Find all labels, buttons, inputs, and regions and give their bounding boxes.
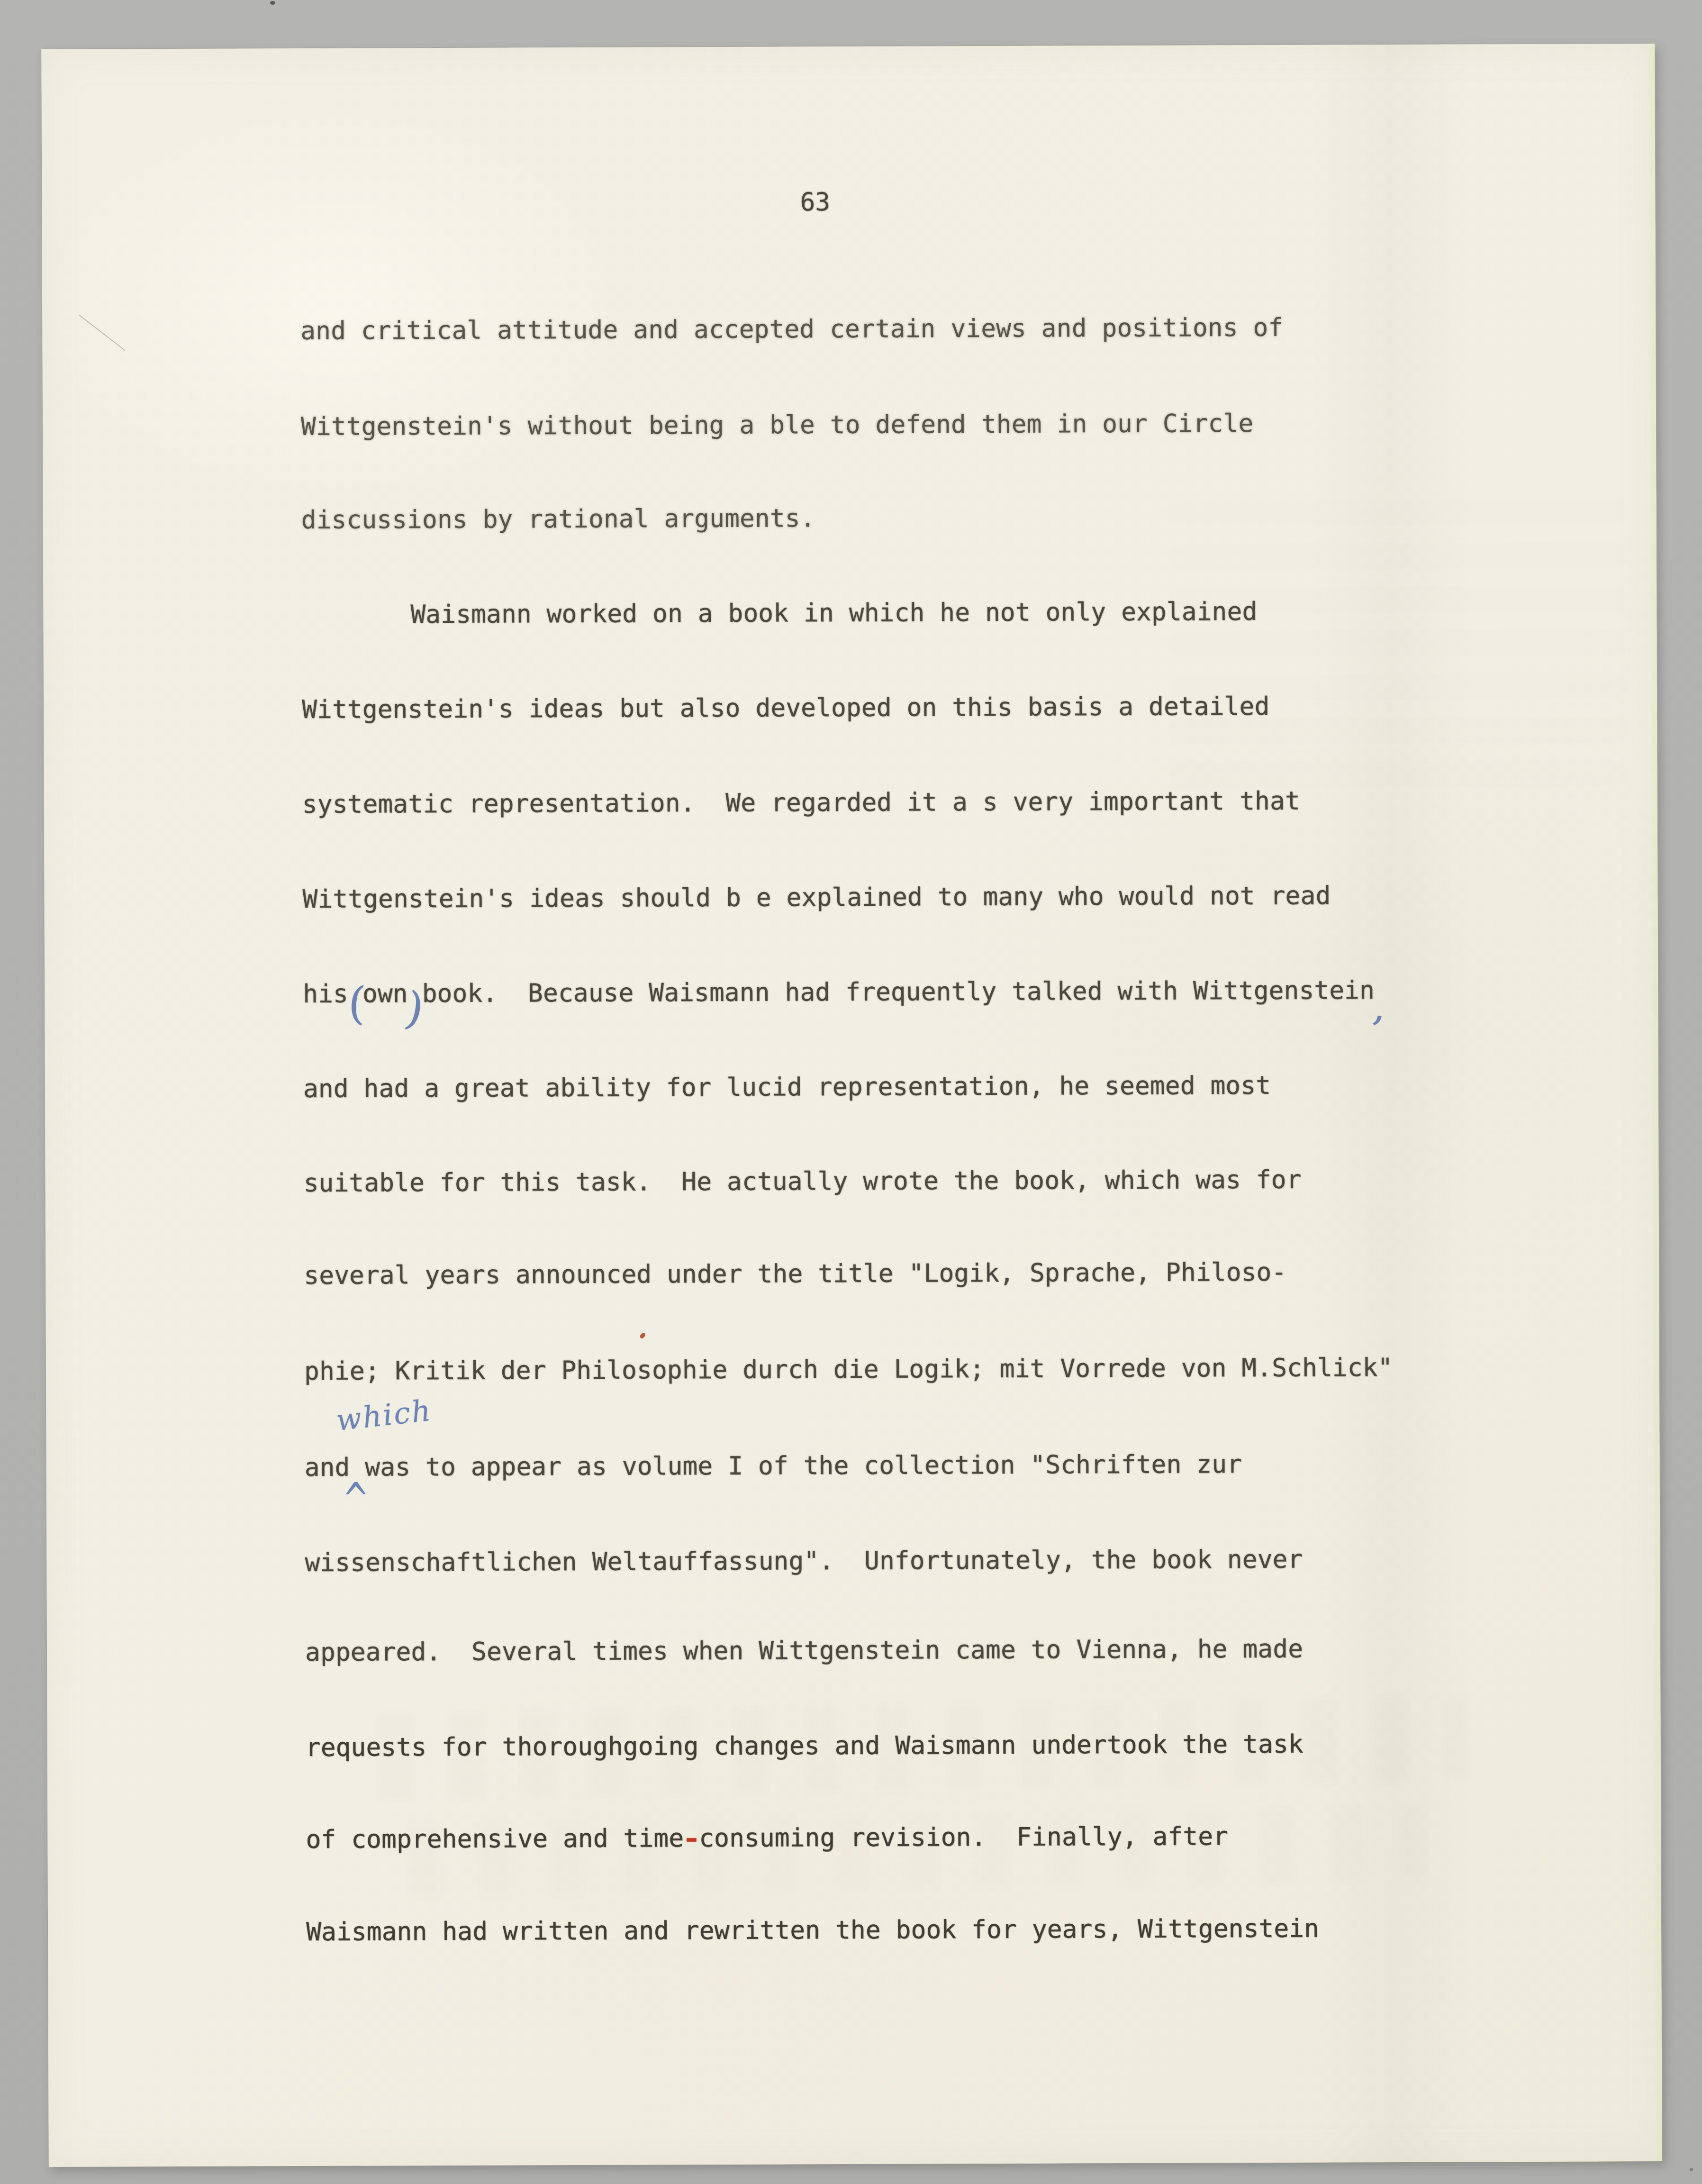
text-line: discussions by rational arguments. — [301, 503, 815, 536]
handwritten-close-paren: ) — [407, 1008, 420, 1010]
text-line: appeared. Several times when Wittgenstei… — [305, 1634, 1303, 1668]
text-segment: own — [362, 979, 408, 1008]
text-line: and was to appear as volume I of the col… — [305, 1449, 1242, 1483]
text-segment: book. Because Waismann had frequently ta… — [422, 976, 1375, 1008]
text-line: phie; Kritik der Philosophie durch die L… — [304, 1352, 1393, 1387]
bleed-through-ghost — [1170, 489, 1626, 784]
scanned-document-background: 63 and critical attitude and accepted ce… — [0, 0, 1702, 2184]
text-line: systematic representation. We regarded i… — [302, 786, 1300, 820]
text-segment: consuming revision. Finally, after — [699, 1822, 1228, 1853]
insertion-caret-icon: ^ — [343, 1474, 369, 1526]
text-line: requests for thoroughgoing changes and W… — [306, 1729, 1304, 1764]
text-line-with-red-hyphen: of comprehensive and time-consuming revi… — [306, 1821, 1228, 1856]
text-line: wissenschaftlichen Weltauffassung". Unfo… — [305, 1544, 1303, 1579]
text-line: Waismann had written and rewritten the b… — [306, 1913, 1319, 1948]
handwritten-red-hyphen: - — [682, 1823, 701, 1855]
text-segment: his — [303, 980, 348, 1009]
text-line-with-annotations: his(own)book. Because Waismann had frequ… — [303, 975, 1387, 1010]
handwritten-insertion-which: which — [335, 1393, 434, 1438]
page-edge-tint — [1649, 44, 1662, 2161]
dust-speck-icon — [1690, 2168, 1693, 2171]
handwritten-open-paren: ( — [348, 1003, 362, 1004]
paper-scratch — [79, 315, 126, 351]
text-line: and critical attitude and accepted certa… — [300, 312, 1283, 347]
text-line: suitable for this task. He actually wrot… — [303, 1165, 1301, 1199]
text-line: Waismann worked on a book in which he no… — [410, 596, 1257, 630]
text-line: Wittgenstein's ideas should b e explaine… — [302, 880, 1331, 915]
dust-speck-icon — [270, 1, 275, 5]
handwritten-comma: , — [1374, 1006, 1386, 1008]
red-ink-speck — [639, 1332, 646, 1339]
text-line: Wittgenstein's ideas but also developed … — [302, 691, 1269, 726]
typescript-page: 63 and critical attitude and accepted ce… — [41, 44, 1662, 2167]
text-line: Wittgenstein's without being a ble to de… — [301, 408, 1253, 443]
text-line: and had a great ability for lucid repres… — [303, 1070, 1271, 1105]
text-segment: of comprehensive and time — [306, 1824, 684, 1854]
text-line: several years announced under the title … — [304, 1257, 1286, 1292]
page-number: 63 — [800, 187, 830, 218]
